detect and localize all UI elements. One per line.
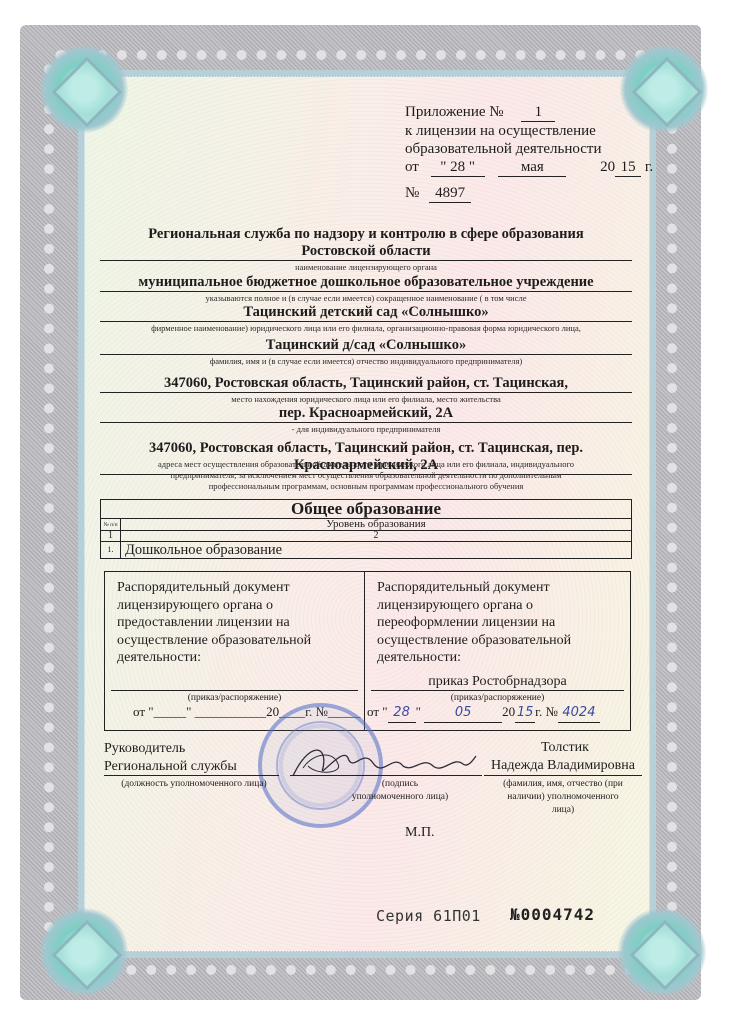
- name-underline: [484, 775, 642, 776]
- appendix-label: Приложение №: [405, 104, 504, 120]
- column-index-2: 2: [121, 531, 632, 542]
- decision-right-date: от "28" 052015г. №4024: [367, 703, 600, 723]
- appendix-header: Приложение № 1 к лицензии на осуществлен…: [405, 103, 653, 203]
- decision-box-reissue: Распорядительный документ лицензирующего…: [364, 571, 631, 731]
- appendix-month: мая: [498, 158, 566, 177]
- education-table: Общее образование № п/п Уровень образова…: [100, 499, 632, 559]
- decision-right-l1: Распорядительный документ: [377, 579, 571, 597]
- organization-caption3: фамилия, имя и (в случае если имеется) о…: [100, 356, 632, 367]
- signatory-given-names: Надежда Владимировна: [484, 758, 642, 774]
- level-header: Уровень образования: [121, 519, 632, 531]
- decision-right-l2: лицензирующего органа о: [377, 597, 571, 615]
- location-caption3-line3: профессиональным программам, основным пр…: [100, 481, 632, 492]
- appendix-day: " 28 ": [431, 158, 485, 177]
- organization-full-name: муниципальное бюджетное дошкольное образ…: [100, 274, 632, 292]
- appendix-line2: к лицензии на осуществление: [405, 122, 653, 140]
- name-caption-line2: наличии) уполномоченного: [484, 791, 642, 804]
- table-title: Общее образование: [101, 500, 632, 519]
- from-label: от: [405, 159, 419, 175]
- column-index-1: 1: [101, 531, 121, 542]
- education-level: Дошкольное образование: [121, 542, 632, 559]
- number-label: г. №: [535, 704, 558, 719]
- location-caption2: - для индивидуального предпринимателя: [100, 424, 632, 435]
- organization-name-line2: Тацинский детский сад «Солнышко»: [100, 304, 632, 322]
- num-header: № п/п: [101, 519, 121, 531]
- sign-caption-line1: (подпись: [320, 778, 480, 791]
- license-number: 4897: [429, 184, 471, 203]
- decision-month: 05: [424, 704, 502, 723]
- year-unit: г.: [645, 159, 653, 175]
- appendix-year: 15: [615, 158, 641, 177]
- decision-year: 15: [515, 704, 535, 723]
- signatory-surname: Толстик: [505, 740, 625, 756]
- decision-left-l4: осуществление образовательной: [117, 632, 311, 650]
- appendix-line3: образовательной деятельности: [405, 140, 653, 158]
- decision-number: 4024: [558, 704, 600, 723]
- decision-left-l5: деятельности:: [117, 649, 311, 667]
- role-line2: Региональной службы: [104, 758, 237, 776]
- appendix-number: 1: [521, 103, 555, 122]
- seal-mark: М.П.: [405, 825, 435, 841]
- decision-right-l3: переоформлении лицензии на: [377, 614, 571, 632]
- authority-line2: Ростовской области: [100, 243, 632, 261]
- decision-right-l5: деятельности:: [377, 649, 571, 667]
- authority-caption: наименование лицензирующего органа: [100, 262, 632, 273]
- decision-left-l1: Распорядительный документ: [117, 579, 311, 597]
- decision-right-l4: осуществление образовательной: [377, 632, 571, 650]
- decision-left-value: [111, 674, 358, 691]
- name-caption-line3: лица): [484, 804, 642, 817]
- decision-day: 28: [388, 704, 416, 723]
- decision-right-value: приказ Ростобрнадзора: [371, 674, 624, 691]
- organization-short-name: Тацинский д/сад «Солнышко»: [100, 337, 632, 355]
- name-caption-line1: (фамилия, имя, отчество (при: [484, 778, 642, 791]
- role-caption: (должность уполномоченного лица): [104, 778, 284, 791]
- quote-mark: ": [416, 704, 421, 719]
- location-caption3-line1: адреса мест осуществления образовательно…: [100, 459, 632, 470]
- role-underline: [104, 775, 279, 776]
- corner-ornament-icon: [40, 908, 128, 996]
- year-prefix: 20: [600, 159, 615, 175]
- decision-left-l2: лицензирующего органа о: [117, 597, 311, 615]
- corner-ornament-icon: [618, 908, 706, 996]
- corner-ornament-icon: [40, 45, 128, 133]
- row-number: 1.: [101, 542, 121, 559]
- handwritten-signature-icon: [288, 738, 478, 783]
- signature-underline: [290, 775, 482, 776]
- name-caption: (фамилия, имя, отчество (при наличии) уп…: [484, 778, 642, 817]
- location-line1: 347060, Ростовская область, Тацинский ра…: [100, 375, 632, 393]
- organization-caption1: указываются полное и (в случае если имее…: [100, 293, 632, 304]
- location-caption3-line2: предпринимателя, за исключением мест осу…: [100, 470, 632, 481]
- location-caption1: место нахождения юридического лица или е…: [100, 394, 632, 405]
- from-label: от ": [367, 704, 388, 719]
- decision-left-l3: предоставлении лицензии на: [117, 614, 311, 632]
- sign-caption: (подпись уполномоченного лица): [320, 778, 480, 804]
- authority-line1: Региональная служба по надзору и контрол…: [100, 226, 632, 243]
- blank-series: Серия 61П01: [376, 907, 481, 925]
- table-row: 1. Дошкольное образование: [101, 542, 632, 559]
- sign-caption-line2: уполномоченного лица): [320, 791, 480, 804]
- organization-caption2: фирменное наименование) юридического лиц…: [100, 323, 632, 334]
- role-line1: Руководитель: [104, 740, 237, 758]
- location-line2: пер. Красноармейский, 2А: [100, 405, 632, 423]
- year-prefix: 20: [502, 704, 515, 719]
- number-label: №: [405, 185, 419, 201]
- signatory-role: Руководитель Региональной службы: [104, 740, 237, 776]
- blank-serial-number: №0004742: [510, 905, 595, 924]
